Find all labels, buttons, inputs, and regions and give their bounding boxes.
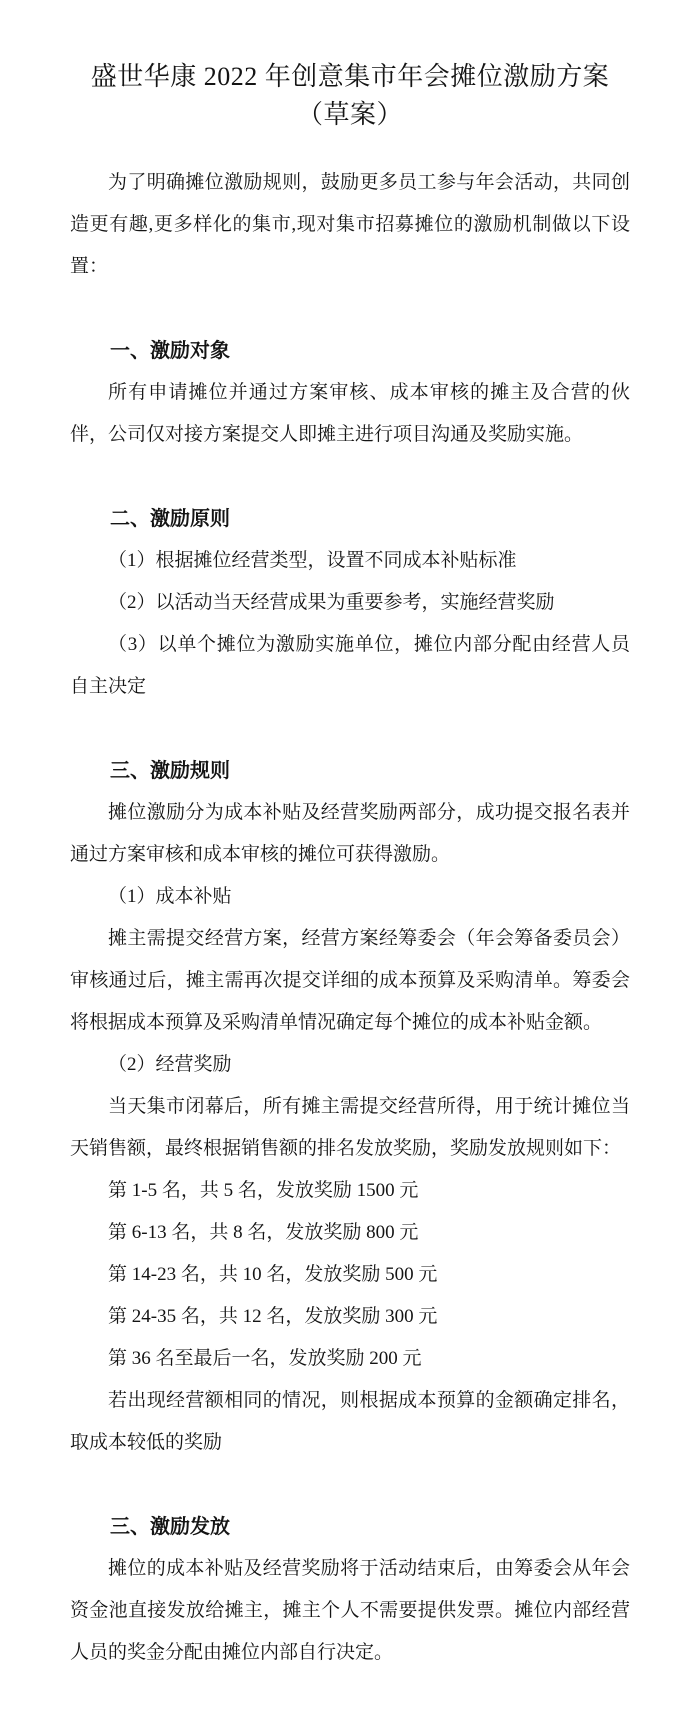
doc-title-line-1: 盛世华康 2022 年创意集市年会摊位激励方案 [70,58,630,96]
tie-break-paragraph: 若出现经营额相同的情况，则根据成本预算的金额确定排名，取成本较低的奖励 [70,1380,630,1464]
doc-title-line-2: （草案） [70,96,630,134]
section-incentive-targets: 一、激励对象 所有申请摊位并通过方案审核、成本审核的摊主及合营的伙伴，公司仅对接… [70,330,630,456]
document-page: 盛世华康 2022 年创意集市年会摊位激励方案 （草案） 为了明确摊位激励规则，… [0,0,700,1734]
section-1-heading: 一、激励对象 [70,330,630,372]
section-2-heading: 二、激励原则 [70,498,630,540]
section-incentive-principles: 二、激励原则 （1）根据摊位经营类型，设置不同成本补贴标准 （2）以活动当天经营… [70,498,630,708]
doc-title: 盛世华康 2022 年创意集市年会摊位激励方案 （草案） [70,58,630,134]
section-incentive-distribution: 三、激励发放 摊位的成本补贴及经营奖励将于活动结束后，由筹委会从年会资金池直接发… [70,1506,630,1674]
cost-subsidy-subheading: （1）成本补贴 [70,876,630,918]
principle-item-3: （3）以单个摊位为激励实施单位，摊位内部分配由经营人员自主决定 [70,624,630,708]
distribution-paragraph: 摊位的成本补贴及经营奖励将于活动结束后，由筹委会从年会资金池直接发放给摊主，摊主… [70,1548,630,1674]
reward-tier-line-1: 第 1-5 名，共 5 名，发放奖励 1500 元 [70,1170,630,1212]
operation-reward-subheading: （2）经营奖励 [70,1044,630,1086]
reward-tier-line-4: 第 24-35 名，共 12 名，发放奖励 300 元 [70,1296,630,1338]
section-1-paragraph: 所有申请摊位并通过方案审核、成本审核的摊主及合营的伙伴，公司仅对接方案提交人即摊… [70,372,630,456]
rules-overview-paragraph: 摊位激励分为成本补贴及经营奖励两部分，成功提交报名表并通过方案审核和成本审核的摊… [70,792,630,876]
reward-tier-line-3: 第 14-23 名，共 10 名，发放奖励 500 元 [70,1254,630,1296]
intro-paragraph: 为了明确摊位激励规则，鼓励更多员工参与年会活动，共同创造更有趣,更多样化的集市,… [70,162,630,288]
section-3-heading: 三、激励规则 [70,750,630,792]
operation-reward-paragraph: 当天集市闭幕后，所有摊主需提交经营所得，用于统计摊位当天销售额，最终根据销售额的… [70,1086,630,1170]
principle-item-1: （1）根据摊位经营类型，设置不同成本补贴标准 [70,540,630,582]
section-incentive-rules: 三、激励规则 摊位激励分为成本补贴及经营奖励两部分，成功提交报名表并通过方案审核… [70,750,630,1464]
reward-tier-line-2: 第 6-13 名，共 8 名，发放奖励 800 元 [70,1212,630,1254]
reward-tier-line-5: 第 36 名至最后一名，发放奖励 200 元 [70,1338,630,1380]
section-4-heading: 三、激励发放 [70,1506,630,1548]
cost-subsidy-paragraph: 摊主需提交经营方案，经营方案经筹委会（年会筹备委员会）审核通过后，摊主需再次提交… [70,918,630,1044]
principle-item-2: （2）以活动当天经营成果为重要参考，实施经营奖励 [70,582,630,624]
document-body: 为了明确摊位激励规则，鼓励更多员工参与年会活动，共同创造更有趣,更多样化的集市,… [70,162,630,1674]
